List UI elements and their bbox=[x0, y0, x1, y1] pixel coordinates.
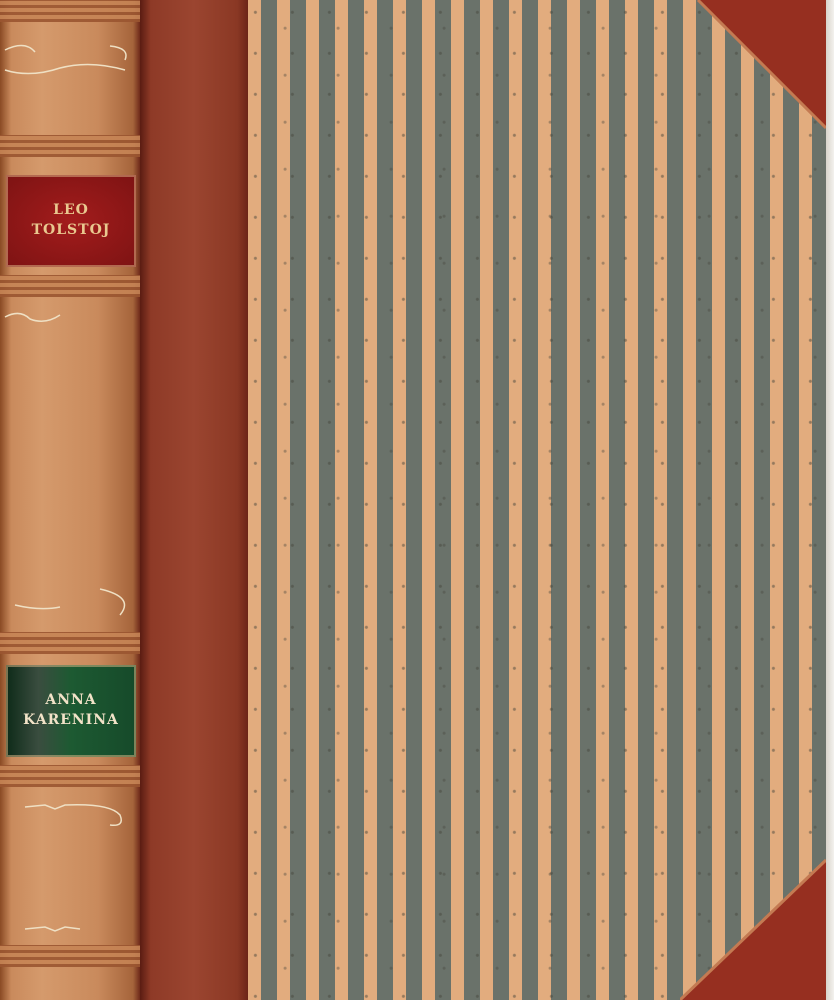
spine-band bbox=[0, 945, 140, 967]
book-spine: Leo Tolstoj Anna Karenina bbox=[0, 0, 140, 1000]
author-label: Leo Tolstoj bbox=[6, 175, 136, 267]
spine-band bbox=[0, 632, 140, 654]
author-first-name: Leo bbox=[53, 201, 89, 221]
title-line-1: Anna bbox=[45, 691, 96, 711]
spine-band bbox=[0, 0, 140, 22]
book: Leo Tolstoj Anna Karenina bbox=[0, 0, 834, 1000]
spine-band bbox=[0, 135, 140, 157]
title-line-2: Karenina bbox=[23, 711, 119, 731]
ornament-icon bbox=[0, 40, 135, 80]
spine-band bbox=[0, 275, 140, 297]
author-last-name: Tolstoj bbox=[32, 221, 111, 241]
spine-band bbox=[0, 765, 140, 787]
bottom-corner-leather bbox=[680, 850, 826, 1000]
ornament-icon bbox=[0, 585, 135, 625]
page-edge bbox=[826, 0, 834, 1000]
ornament-icon bbox=[0, 305, 135, 345]
title-label: Anna Karenina bbox=[6, 665, 136, 757]
top-corner-leather bbox=[690, 0, 826, 135]
leather-hinge bbox=[140, 0, 248, 1000]
ornament-icon bbox=[0, 795, 135, 835]
